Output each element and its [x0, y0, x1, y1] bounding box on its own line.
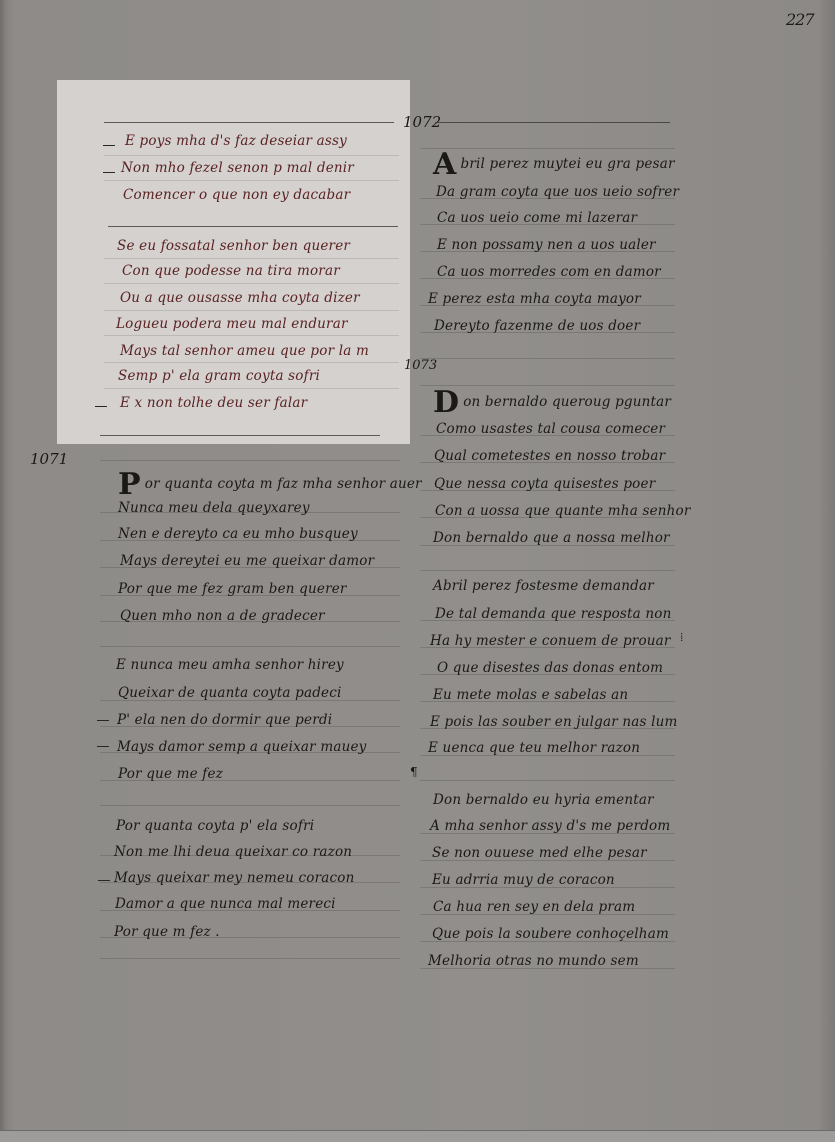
- verse-line: Ou a que ousasse mha coyta dizer: [120, 290, 360, 306]
- margin-dash: [103, 172, 115, 173]
- verse-line: Ca uos morredes com en damor: [437, 264, 661, 280]
- verse-line: O que disestes das donas entom: [437, 660, 663, 676]
- verse-line: Damor a que nunca mal mereci: [115, 896, 336, 912]
- verse-line: E uenca que teu melhor razon: [428, 740, 640, 756]
- decorated-initial: A: [433, 150, 456, 180]
- ruling-line: [104, 388, 399, 389]
- verse-line: Queixar de quanta coyta padeci: [118, 685, 342, 701]
- margin-bracket-mark: ⁞: [680, 630, 683, 645]
- margin-dash: [97, 720, 109, 721]
- ruling-line: [108, 226, 398, 227]
- verse-line: Por que m fez .: [114, 924, 220, 940]
- ruling-line: [435, 122, 670, 123]
- verse-line: Non me lhi deua queixar co razon: [114, 844, 352, 860]
- verse-line: Melhoria otras no mundo sem: [428, 953, 639, 969]
- ruling-line: [420, 148, 675, 149]
- verse-line: E nunca meu amha senhor hirey: [116, 657, 344, 673]
- verse-line: Se non ouuese med elhe pesar: [432, 845, 647, 861]
- page-edge: [0, 1130, 835, 1142]
- ruling-line: [100, 646, 400, 647]
- verse-line: Don bernaldo que a nossa melhor: [433, 530, 670, 546]
- verse-line: Da gram coyta que uos ueio sofrer: [436, 184, 679, 200]
- verse-line: Con a uossa que quante mha senhor: [435, 503, 691, 519]
- verse-text: or quanta coyta m faz mha senhor auer: [145, 476, 422, 492]
- ruling-line: [104, 155, 399, 156]
- decorated-initial: D: [433, 388, 459, 418]
- verse-line: Eu adrria muy de coracon: [432, 872, 615, 888]
- ruling-line: [420, 570, 675, 571]
- verse-line: Dereyto fazenme de uos doer: [434, 318, 640, 334]
- verse-line: De tal demanda que resposta non: [435, 606, 672, 622]
- ruling-line: [100, 805, 400, 806]
- margin-dash: [95, 406, 107, 407]
- verse-text: on bernaldo queroug pguntar: [463, 394, 671, 410]
- verse-line: A mha senhor assy d's me perdom: [430, 818, 670, 834]
- verse-line: Se eu fossatal senhor ben querer: [117, 238, 350, 254]
- ruling-line: [104, 362, 399, 363]
- verse-line: E non possamy nen a uos ualer: [437, 237, 656, 253]
- verse-line: Mays damor semp a queixar mauey: [117, 739, 366, 755]
- decorated-initial: P: [118, 470, 141, 500]
- ruling-line: [100, 958, 400, 959]
- ruling-line: [420, 358, 675, 359]
- verse-line-first: Abril perez muytei eu gra pesar: [433, 150, 675, 180]
- verse-line: Qual cometestes en nosso trobar: [434, 448, 665, 464]
- verse-line: Que pois la soubere conhoçelham: [432, 926, 669, 942]
- verse-line-first: Don bernaldo queroug pguntar: [433, 388, 671, 418]
- verse-line: Comencer o que non ey dacabar: [123, 187, 350, 203]
- verse-line: E perez esta mha coyta mayor: [428, 291, 641, 307]
- margin-dash: [103, 145, 115, 146]
- ruling-line: [104, 310, 399, 311]
- verse-line: Por quanta coyta p' ela sofri: [116, 818, 314, 834]
- paragraph-mark: ¶: [410, 765, 418, 779]
- verse-line: Abril perez fostesme demandar: [433, 578, 654, 594]
- ruling-line: [100, 460, 400, 461]
- verse-line: Ca hua ren sey en dela pram: [433, 899, 635, 915]
- ruling-line: [100, 435, 380, 436]
- poem-number: 1073: [404, 358, 437, 373]
- folio-number: 227: [786, 10, 814, 29]
- verse-line: Con que podesse na tira morar: [122, 263, 340, 279]
- verse-line: Eu mete molas e sabelas an: [433, 687, 628, 703]
- verse-line: Por que me fez gram ben querer: [118, 581, 347, 597]
- ruling-line: [104, 283, 399, 284]
- verse-line: Non mho fezel senon p mal denir: [121, 160, 354, 176]
- verse-line: P' ela nen do dormir que perdi: [117, 712, 332, 728]
- verse-line: Nen e dereyto ca eu mho busquey: [118, 526, 358, 542]
- poem-number: 1071: [30, 450, 68, 468]
- verse-line-first: Por quanta coyta m faz mha senhor auer: [118, 470, 422, 500]
- verse-line: Mays tal senhor ameu que por la m: [120, 343, 369, 359]
- verse-line: Ha hy mester e conuem de prouar: [430, 633, 671, 649]
- ruling-line: [104, 335, 399, 336]
- ruling-line: [104, 258, 399, 259]
- verse-line: Mays dereytei eu me queixar damor: [120, 553, 374, 569]
- verse-line: Don bernaldo eu hyria ementar: [433, 792, 654, 808]
- verse-line: E pois las souber en julgar nas lum: [430, 714, 678, 730]
- verse-line: Ca uos ueio come mi lazerar: [437, 210, 637, 226]
- margin-dash: [97, 746, 109, 747]
- verse-line: Como usastes tal cousa comecer: [436, 421, 665, 437]
- verse-line: Quen mho non a de gradecer: [120, 608, 325, 624]
- verse-text: bril perez muytei eu gra pesar: [460, 156, 674, 172]
- verse-line: E x non tolhe deu ser falar: [120, 395, 307, 411]
- margin-dash: [98, 880, 110, 881]
- verse-line: Por que me fez: [118, 766, 223, 782]
- verse-line: Semp p' ela gram coyta sofri: [118, 368, 320, 384]
- verse-line: Nunca meu dela queyxarey: [118, 500, 310, 516]
- ruling-line: [104, 180, 399, 181]
- verse-line: E poys mha d's faz deseiar assy: [125, 133, 347, 149]
- verse-line: Logueu podera meu mal endurar: [116, 316, 348, 332]
- verse-line: Que nessa coyta quisestes poer: [434, 476, 655, 492]
- ruling-line: [104, 122, 394, 123]
- ruling-line: [420, 780, 675, 781]
- verse-line: Mays queixar mey nemeu coracon: [114, 870, 355, 886]
